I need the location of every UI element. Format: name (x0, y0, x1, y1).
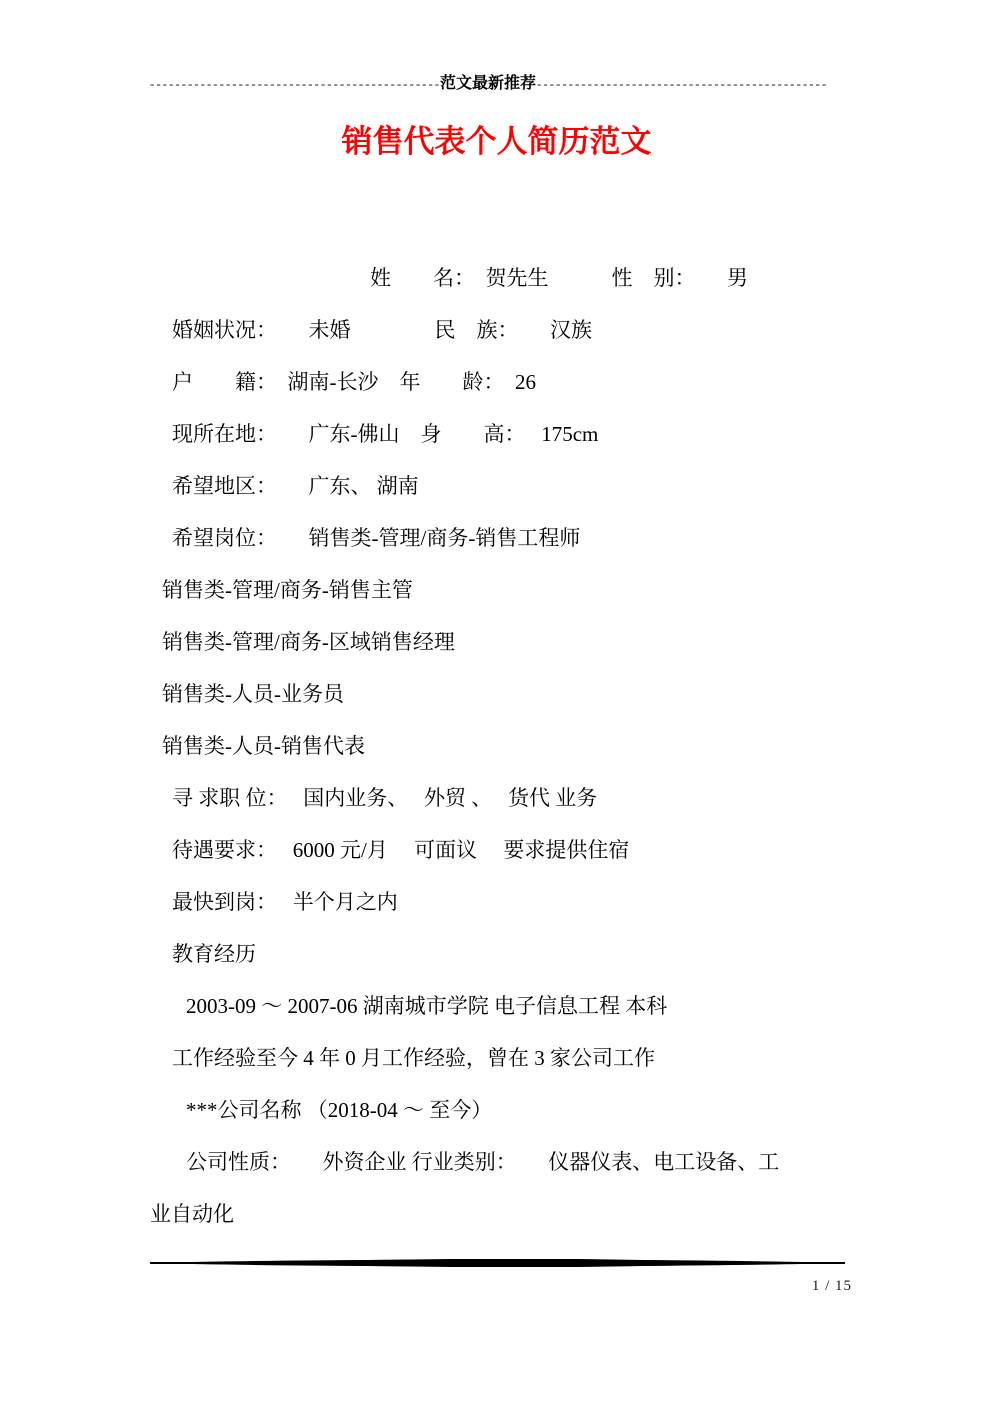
body-line: 待遇要求： 6000 元/月 可面议 要求提供住宿 (150, 824, 910, 876)
body-line: 寻 求职 位： 国内业务、 外贸 、 货代 业务 (150, 772, 910, 824)
footer-divider (150, 1257, 845, 1269)
body-line: 希望岗位： 销售类-管理/商务-销售工程师 (150, 512, 910, 564)
body-line: 销售类-管理/商务-区域销售经理 (150, 616, 910, 668)
document-title: 销售代表个人简历范文 (0, 122, 993, 162)
body-line: 婚姻状况： 未婚 民 族： 汉族 (150, 304, 910, 356)
header-dashes-left: ----------------------------------------… (150, 70, 439, 98)
body-line: 销售类-管理/商务-销售主管 (150, 564, 910, 616)
body-line: 销售类-人员-业务员 (150, 668, 910, 720)
document-page: ----------------------------------------… (0, 0, 993, 1404)
header-label: 范文最新推荐 (439, 70, 537, 98)
body-line: 希望地区： 广东、 湖南 (150, 460, 910, 512)
body-line: 姓 名： 贺先生 性 别： 男 (150, 252, 910, 304)
body-line: 业自动化 (150, 1188, 910, 1240)
body-line: 户 籍： 湖南-长沙 年 龄： 26 (150, 356, 910, 408)
body-line: 现所在地： 广东-佛山 身 高： 175cm (150, 408, 910, 460)
document-body: 姓 名： 贺先生 性 别： 男婚姻状况： 未婚 民 族： 汉族户 籍： 湖南-长… (150, 252, 910, 1240)
body-line: 2003-09 ～ 2007-06 湖南城市学院 电子信息工程 本科 (150, 980, 910, 1032)
page-number: 1 / 15 (812, 1278, 852, 1295)
body-line: 最快到岗： 半个月之内 (150, 876, 910, 928)
body-line: ***公司名称 （2018-04 ～ 至今） (150, 1084, 910, 1136)
body-line: 公司性质： 外资企业 行业类别： 仪器仪表、电工设备、工 (150, 1136, 910, 1188)
body-line: 工作经验至今 4 年 0 月工作经验，曾在 3 家公司工作 (150, 1032, 910, 1084)
page-header: ----------------------------------------… (150, 70, 826, 98)
body-line: 教育经历 (150, 928, 910, 980)
body-line: 销售类-人员-销售代表 (150, 720, 910, 772)
header-dashes-right: ----------------------------------------… (537, 70, 826, 98)
